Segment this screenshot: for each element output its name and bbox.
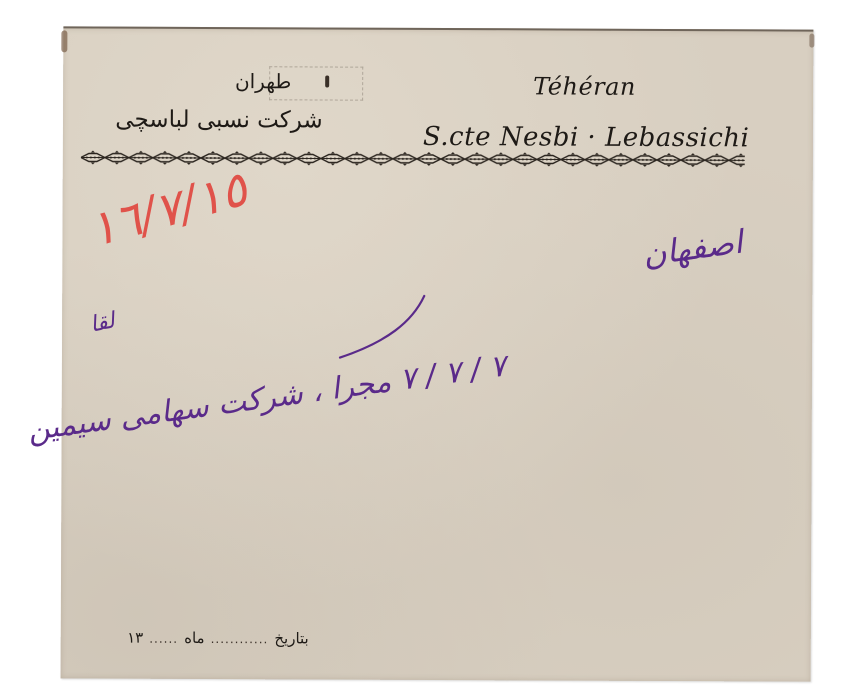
date-dots: ............ bbox=[211, 632, 269, 646]
handwritten-recipient: لقا bbox=[88, 308, 117, 337]
handwritten-red-date: ١٦/٧/١٥ bbox=[83, 161, 253, 259]
year-prefix: ١٣ bbox=[127, 629, 143, 647]
handwritten-address: ۷ / ۷ / ۷ مجرا ، شرکت سهامی سیمین bbox=[87, 348, 508, 439]
date-line: بتاریخ ............ ماه ...... ١٣ bbox=[69, 628, 309, 647]
ornament-rule-icon bbox=[81, 150, 745, 167]
date-label: بتاریخ bbox=[274, 629, 308, 647]
pen-stroke-icon bbox=[332, 292, 432, 362]
letterhead-french-city: Téhéran bbox=[533, 72, 636, 100]
corner-wear bbox=[809, 34, 814, 48]
letterhead-persian-company: شرکت نسبی لباسچی bbox=[99, 107, 339, 134]
corner-wear bbox=[61, 30, 67, 52]
month-dots: ...... bbox=[149, 632, 178, 646]
letterhead-persian-city: طهران bbox=[203, 69, 323, 94]
handwritten-destination-city: اصفهان bbox=[640, 223, 744, 274]
stamp-mark bbox=[325, 76, 329, 88]
letterhead-french-company: S.cte Nesbi · Lebassichi bbox=[423, 122, 750, 153]
envelope: طهران شرکت نسبی لباسچی Téhéran S.cte Nes… bbox=[61, 26, 814, 681]
month-label: ماه bbox=[184, 629, 205, 647]
